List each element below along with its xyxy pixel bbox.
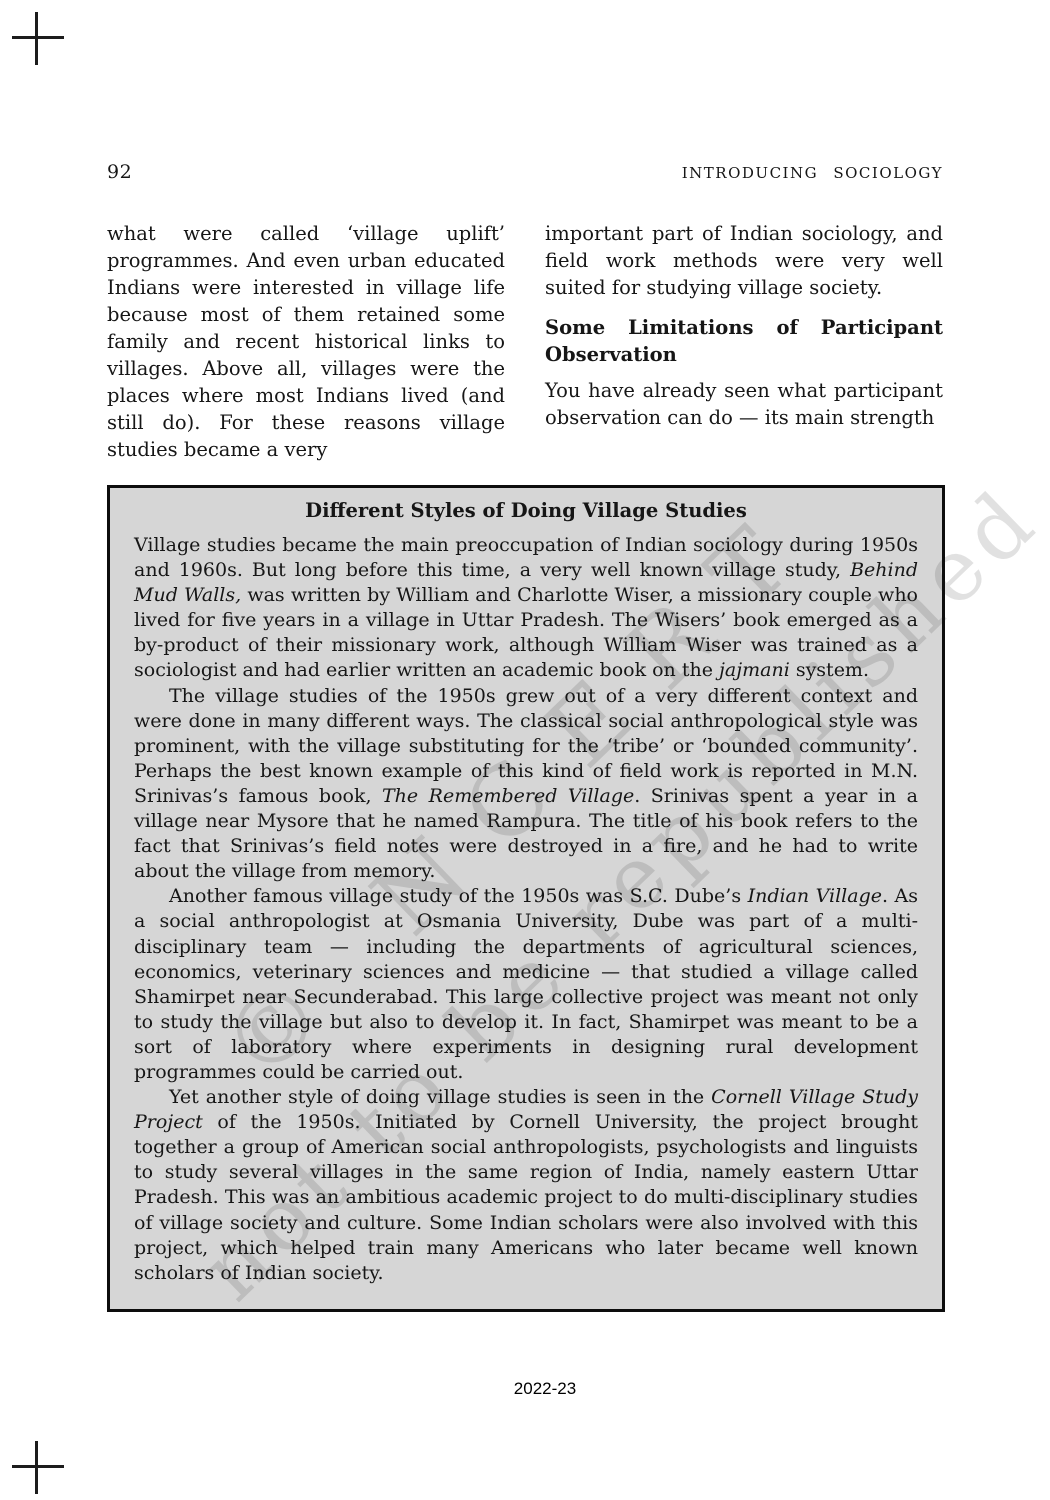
info-box: Different Styles of Doing Village Studie… (107, 485, 945, 1312)
text-run: . As a social anthropologist at Osmania … (134, 885, 918, 1083)
two-column-text: what were called ‘village uplift’ progra… (107, 220, 943, 463)
page-number: 92 (107, 161, 132, 183)
crop-mark-horizontal-bar (12, 1465, 64, 1468)
italic-text-run: The Remembered Village (382, 785, 634, 807)
running-header: 92 INTRODUCING SOCIOLOGY (107, 161, 943, 183)
text-run: Village studies became the main preoccup… (134, 534, 918, 581)
crop-mark-vertical-bar (35, 12, 38, 65)
crop-mark-horizontal-bar (12, 36, 64, 39)
italic-text-run: jajmani (719, 659, 790, 681)
italic-text-run: Indian Village (748, 885, 882, 907)
left-column: what were called ‘village uplift’ progra… (107, 220, 505, 463)
crop-mark-bottom-left-icon (9, 1436, 73, 1500)
box-paragraph: Village studies became the main preoccup… (134, 533, 918, 684)
right-column: important part of Indian sociology, and … (545, 220, 943, 463)
text-run: Yet another style of doing village studi… (169, 1086, 711, 1108)
footer-year: 2022-23 (514, 1379, 576, 1398)
crop-mark-top-left-icon (9, 7, 73, 71)
box-paragraph: Yet another style of doing village studi… (134, 1085, 918, 1286)
text-run: of the 1950s. Initiated by Cornell Unive… (134, 1111, 918, 1284)
box-paragraph: The village studies of the 1950s grew ou… (134, 684, 918, 885)
crop-mark-vertical-bar (35, 1441, 38, 1494)
textbook-page: 92 INTRODUCING SOCIOLOGY what were calle… (0, 0, 1050, 1500)
body-paragraph: You have already seen what participant o… (545, 377, 943, 431)
box-body: Village studies became the main preoccup… (134, 533, 918, 1286)
section-heading: Some Limitations of Participant Observat… (545, 314, 943, 368)
text-run: system. (790, 659, 869, 681)
box-title: Different Styles of Doing Village Studie… (134, 499, 918, 522)
page-footer: 2022-23 (127, 1379, 963, 1399)
body-paragraph: important part of Indian sociology, and … (545, 220, 943, 301)
body-paragraph: what were called ‘village uplift’ progra… (107, 220, 505, 463)
text-run: Another famous village study of the 1950… (169, 885, 748, 907)
running-header-title: INTRODUCING SOCIOLOGY (682, 164, 943, 182)
box-paragraph: Another famous village study of the 1950… (134, 884, 918, 1085)
